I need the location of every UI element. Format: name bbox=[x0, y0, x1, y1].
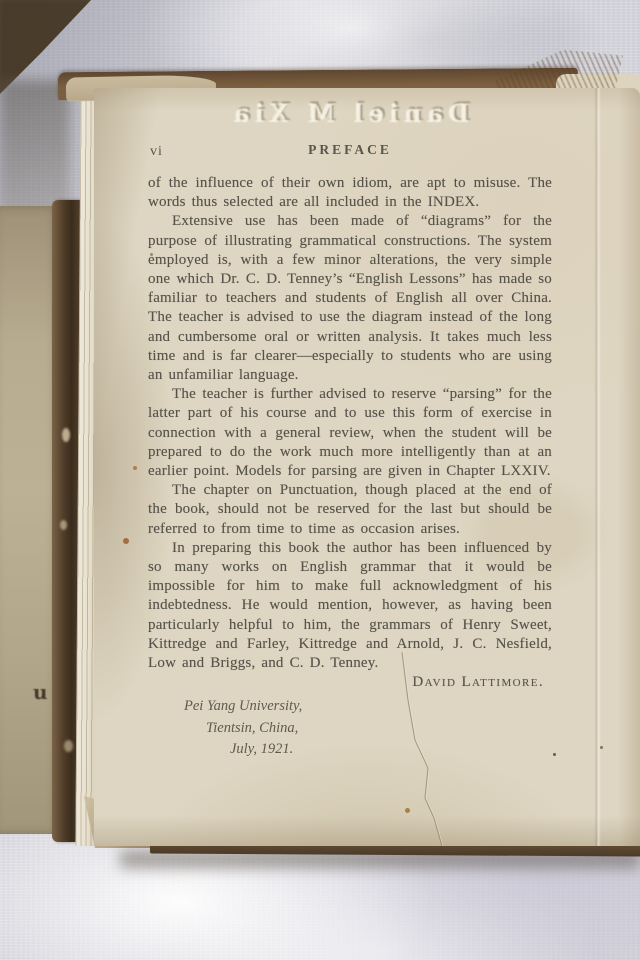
address-line: Tientsin, China, bbox=[206, 718, 552, 740]
paragraph: of the influence of their own idiom, are… bbox=[148, 174, 552, 212]
foxing-spot bbox=[405, 808, 410, 813]
author-signature: David Lattimore. bbox=[148, 674, 552, 691]
paragraph: Extensive use has been made of “diagrams… bbox=[148, 212, 552, 385]
page-title: PREFACE bbox=[148, 142, 552, 158]
paragraph: The chapter on Punctuation, though place… bbox=[148, 481, 552, 539]
page-body: of the influence of their own idiom, are… bbox=[148, 174, 552, 673]
foxing-spot bbox=[600, 746, 603, 749]
cloth-fold-shadow bbox=[0, 80, 70, 220]
foxing-spot bbox=[123, 538, 129, 544]
spine-wear-fleck bbox=[64, 740, 73, 752]
ink-mark: u bbox=[33, 680, 49, 700]
photo-background: u Daniel M Xia vi PREFACE of the influen… bbox=[0, 0, 640, 960]
address-line: July, 1921. bbox=[230, 739, 552, 761]
crease-tear-line bbox=[394, 646, 484, 846]
book-page: Daniel M Xia vi PREFACE of the influence… bbox=[94, 88, 640, 846]
book-drop-shadow bbox=[120, 850, 640, 868]
page-header-row: vi PREFACE bbox=[148, 142, 552, 162]
page-content: vi PREFACE of the influence of their own… bbox=[148, 142, 552, 761]
address-line: Pei Yang University, bbox=[184, 696, 552, 718]
spine-wear-fleck bbox=[60, 520, 67, 530]
foxing-spot bbox=[553, 753, 556, 756]
foxing-spot bbox=[150, 253, 153, 256]
foxing-spot bbox=[133, 466, 137, 470]
ghost-stamp: Daniel M Xia bbox=[148, 98, 552, 127]
page-fold-crease bbox=[594, 88, 601, 846]
paragraph: The teacher is further advised to reserv… bbox=[148, 385, 552, 481]
spine-wear-fleck bbox=[62, 428, 70, 442]
paragraph: In preparing this book the author has be… bbox=[148, 539, 552, 673]
address-block: Pei Yang University,Tientsin, China,July… bbox=[148, 696, 552, 761]
page-number: vi bbox=[150, 144, 163, 160]
